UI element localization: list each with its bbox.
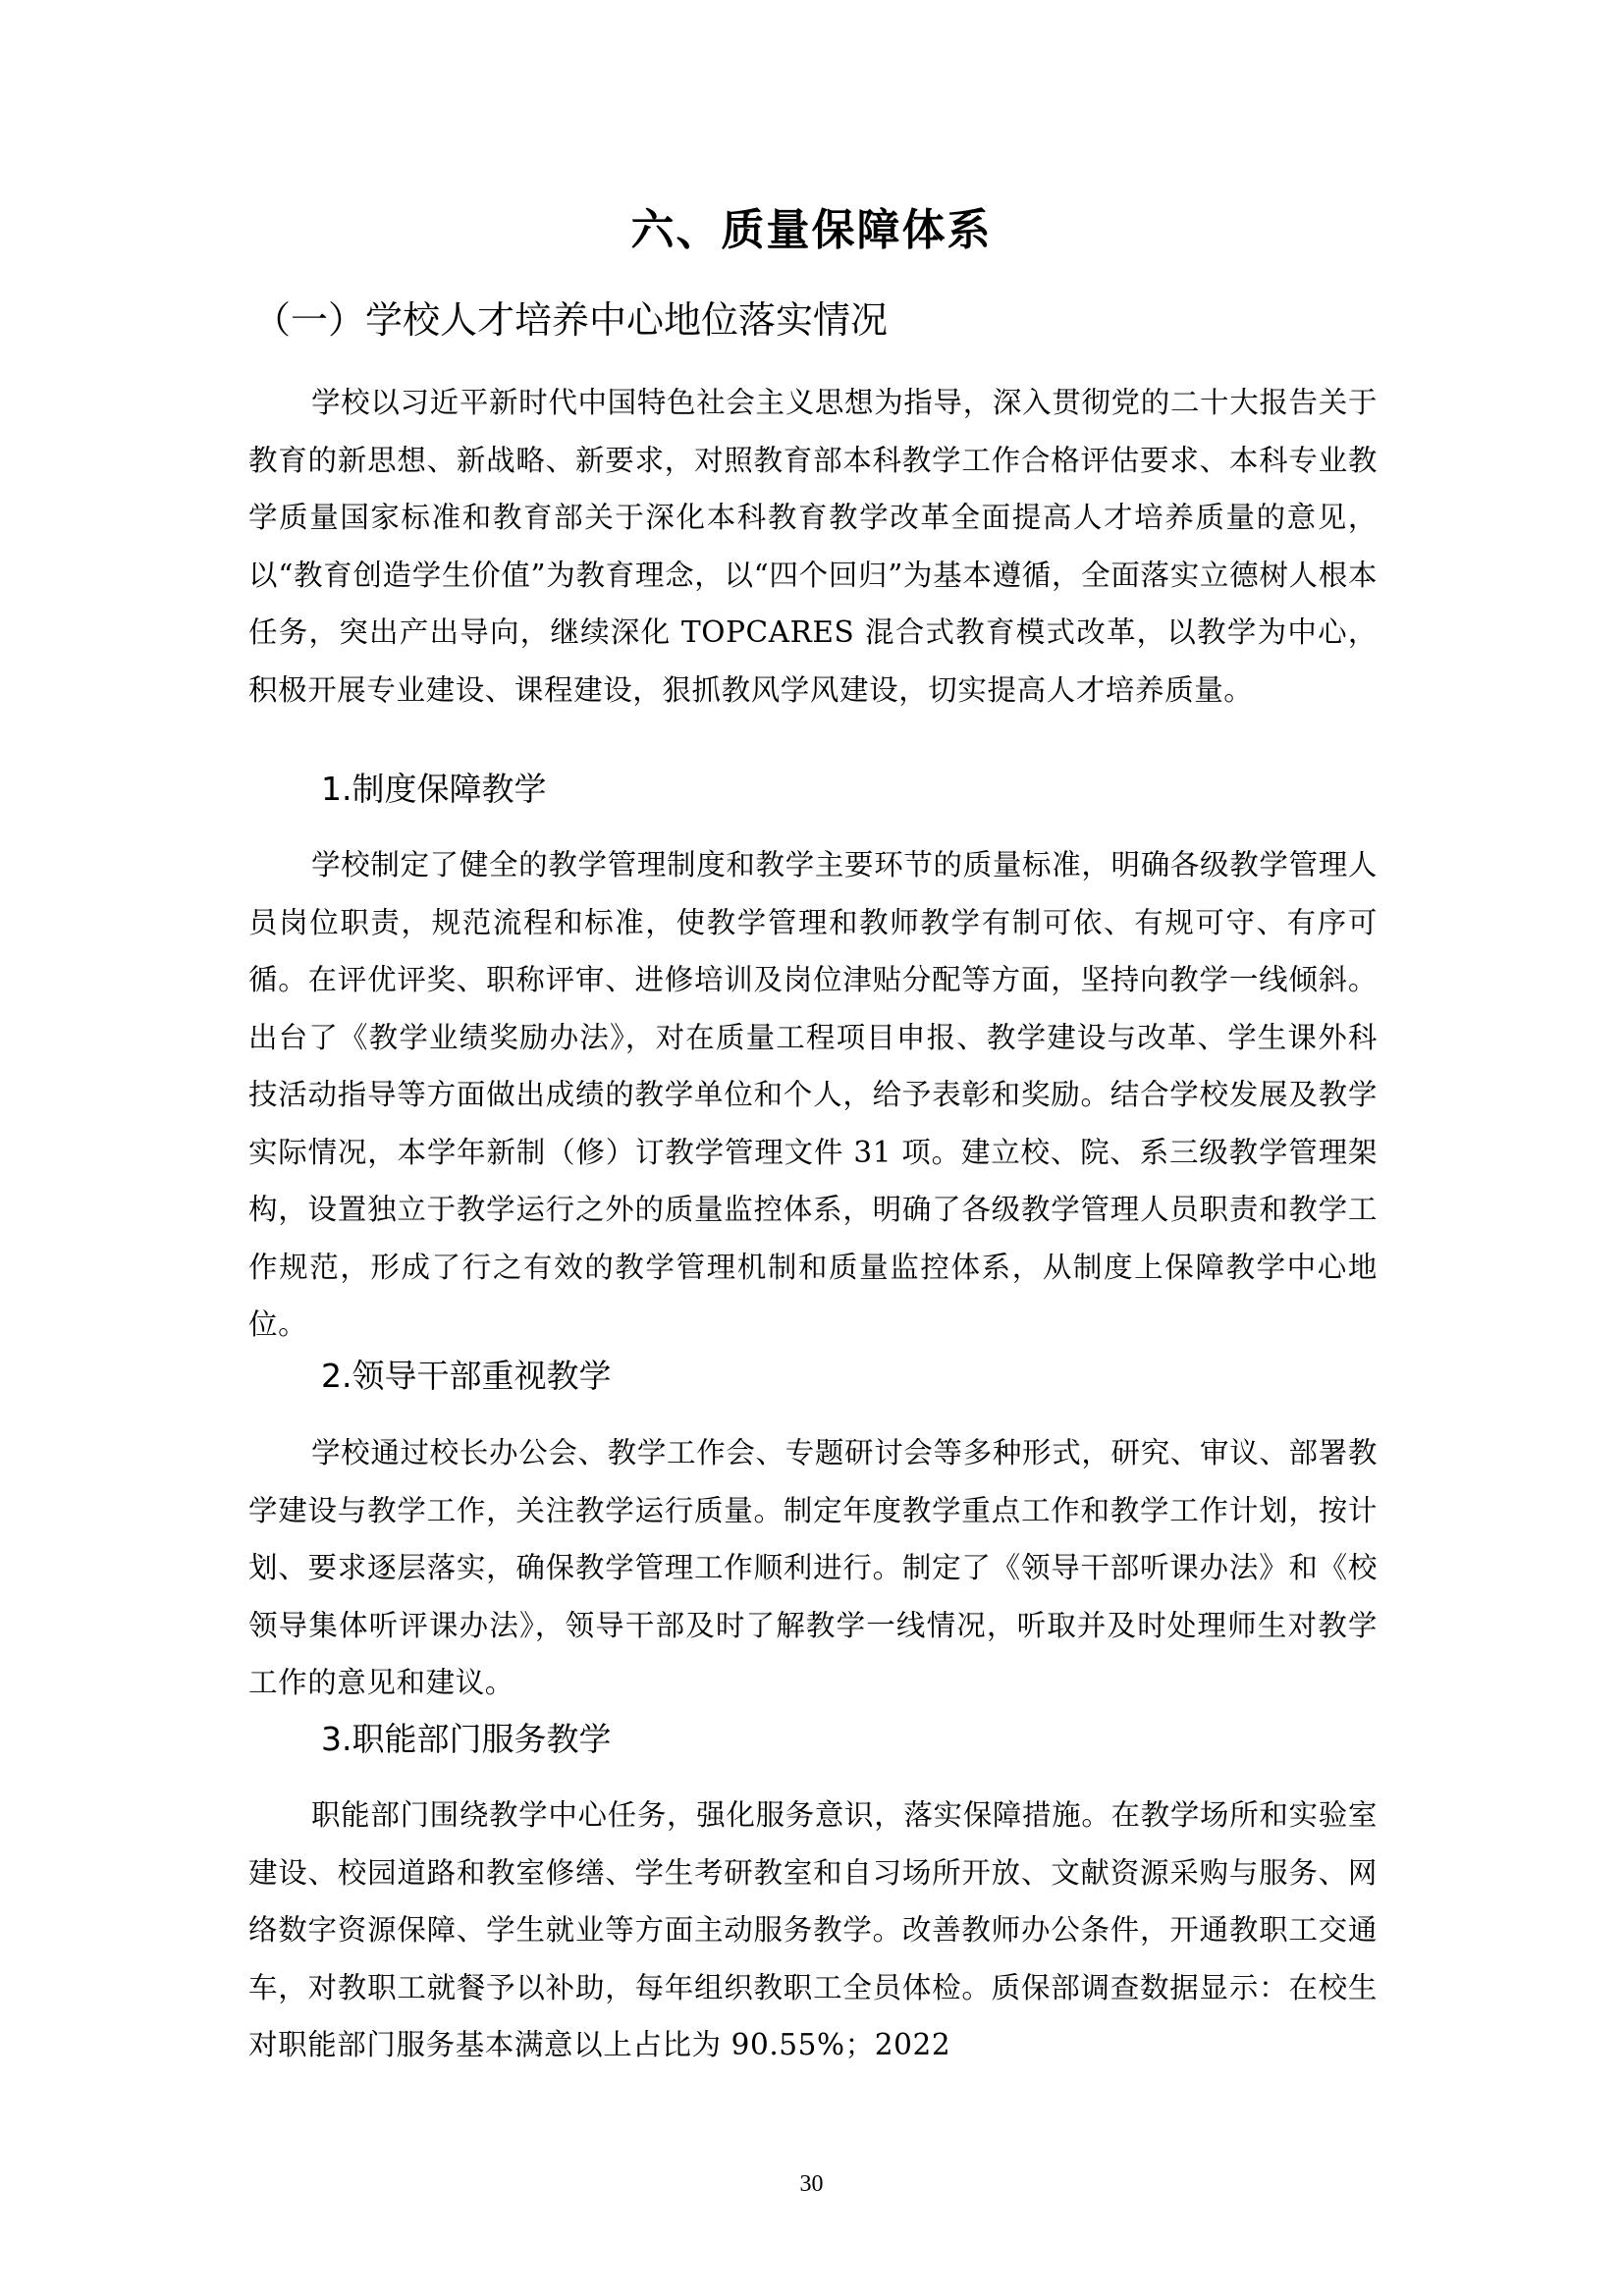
subsection-paragraph-2: 学校通过校长办公会、教学工作会、专题研讨会等多种形式，研究、审议、部署教学建设与… [248, 1424, 1378, 1712]
document-page: 六、质量保障体系 （一）学校人才培养中心地位落实情况 学校以习近平新时代中国特色… [0, 0, 1623, 2296]
subsection-heading-2: 2.领导干部重视教学 [321, 1352, 612, 1401]
intro-paragraph: 学校以习近平新时代中国特色社会主义思想为指导，深入贯彻党的二十大报告关于教育的新… [248, 374, 1378, 719]
chapter-title: 六、质量保障体系 [0, 201, 1623, 260]
section-title: （一）学校人才培养中心地位落实情况 [253, 293, 888, 347]
subsection-paragraph-1: 学校制定了健全的教学管理制度和教学主要环节的质量标准，明确各级教学管理人员岗位职… [248, 836, 1378, 1354]
page-number: 30 [0, 2171, 1623, 2198]
subsection-heading-1: 1.制度保障教学 [321, 765, 547, 814]
subsection-paragraph-3: 职能部门围绕教学中心任务，强化服务意识，落实保障措施。在教学场所和实验室建设、校… [248, 1787, 1378, 2074]
subsection-heading-3: 3.职能部门服务教学 [321, 1715, 612, 1764]
